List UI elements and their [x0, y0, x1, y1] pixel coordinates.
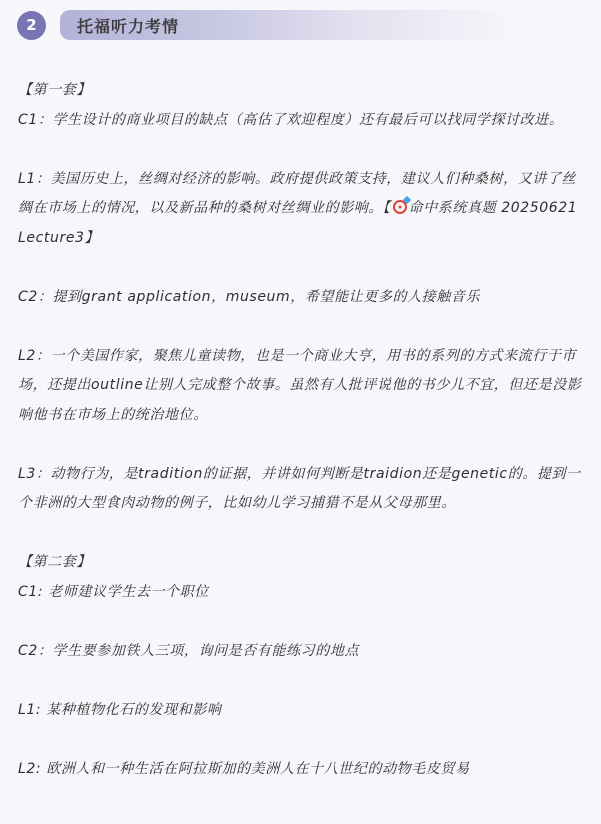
set1-c2: C2：提到grant application，museum，希望能让更多的人接触…: [18, 283, 588, 313]
section-title-bar: 托福听力考情: [60, 10, 520, 40]
set1-l2: L2：一个美国作家，聚焦儿童读物，也是一个商业大亨，用书的系列的方式来流行于市场…: [18, 342, 588, 431]
set1-c1: C1：学生设计的商业项目的缺点（高估了欢迎程度）还有最后可以找同学探讨改进。: [18, 106, 588, 136]
set1-l1: L1：美国历史上，丝绸对经济的影响。政府提供政策支持，建议人们种桑树，又讲了丝绸…: [18, 165, 588, 254]
set2-c2: C2：学生要参加铁人三项，询问是否有能练习的地点: [18, 637, 588, 667]
spacer: [18, 312, 588, 342]
set1-l3: L3：动物行为，是tradition的证据，并讲如何判断是traidion还是g…: [18, 460, 588, 519]
spacer: [18, 666, 588, 696]
set2-l1: L1: 某种植物化石的发现和影响: [18, 696, 588, 726]
spacer: [18, 725, 588, 755]
spacer: [18, 607, 588, 637]
spacer: [18, 135, 588, 165]
section-header: 2 托福听力考情: [17, 10, 527, 40]
spacer: [18, 253, 588, 283]
spacer: [18, 519, 588, 549]
set2-l2: L2: 欧洲人和一种生活在阿拉斯加的美洲人在十八世纪的动物毛皮贸易: [18, 755, 588, 785]
set2-c1: C1: 老师建议学生去一个职位: [18, 578, 588, 608]
set-label-1: 【第一套】: [18, 76, 588, 106]
section-number-badge: 2: [17, 11, 46, 40]
spacer: [18, 430, 588, 460]
target-icon: [393, 200, 407, 214]
section-title: 托福听力考情: [77, 14, 179, 37]
set-label-2: 【第二套】: [18, 548, 588, 578]
exam-content: 【第一套】 C1：学生设计的商业项目的缺点（高估了欢迎程度）还有最后可以找同学探…: [18, 76, 588, 784]
